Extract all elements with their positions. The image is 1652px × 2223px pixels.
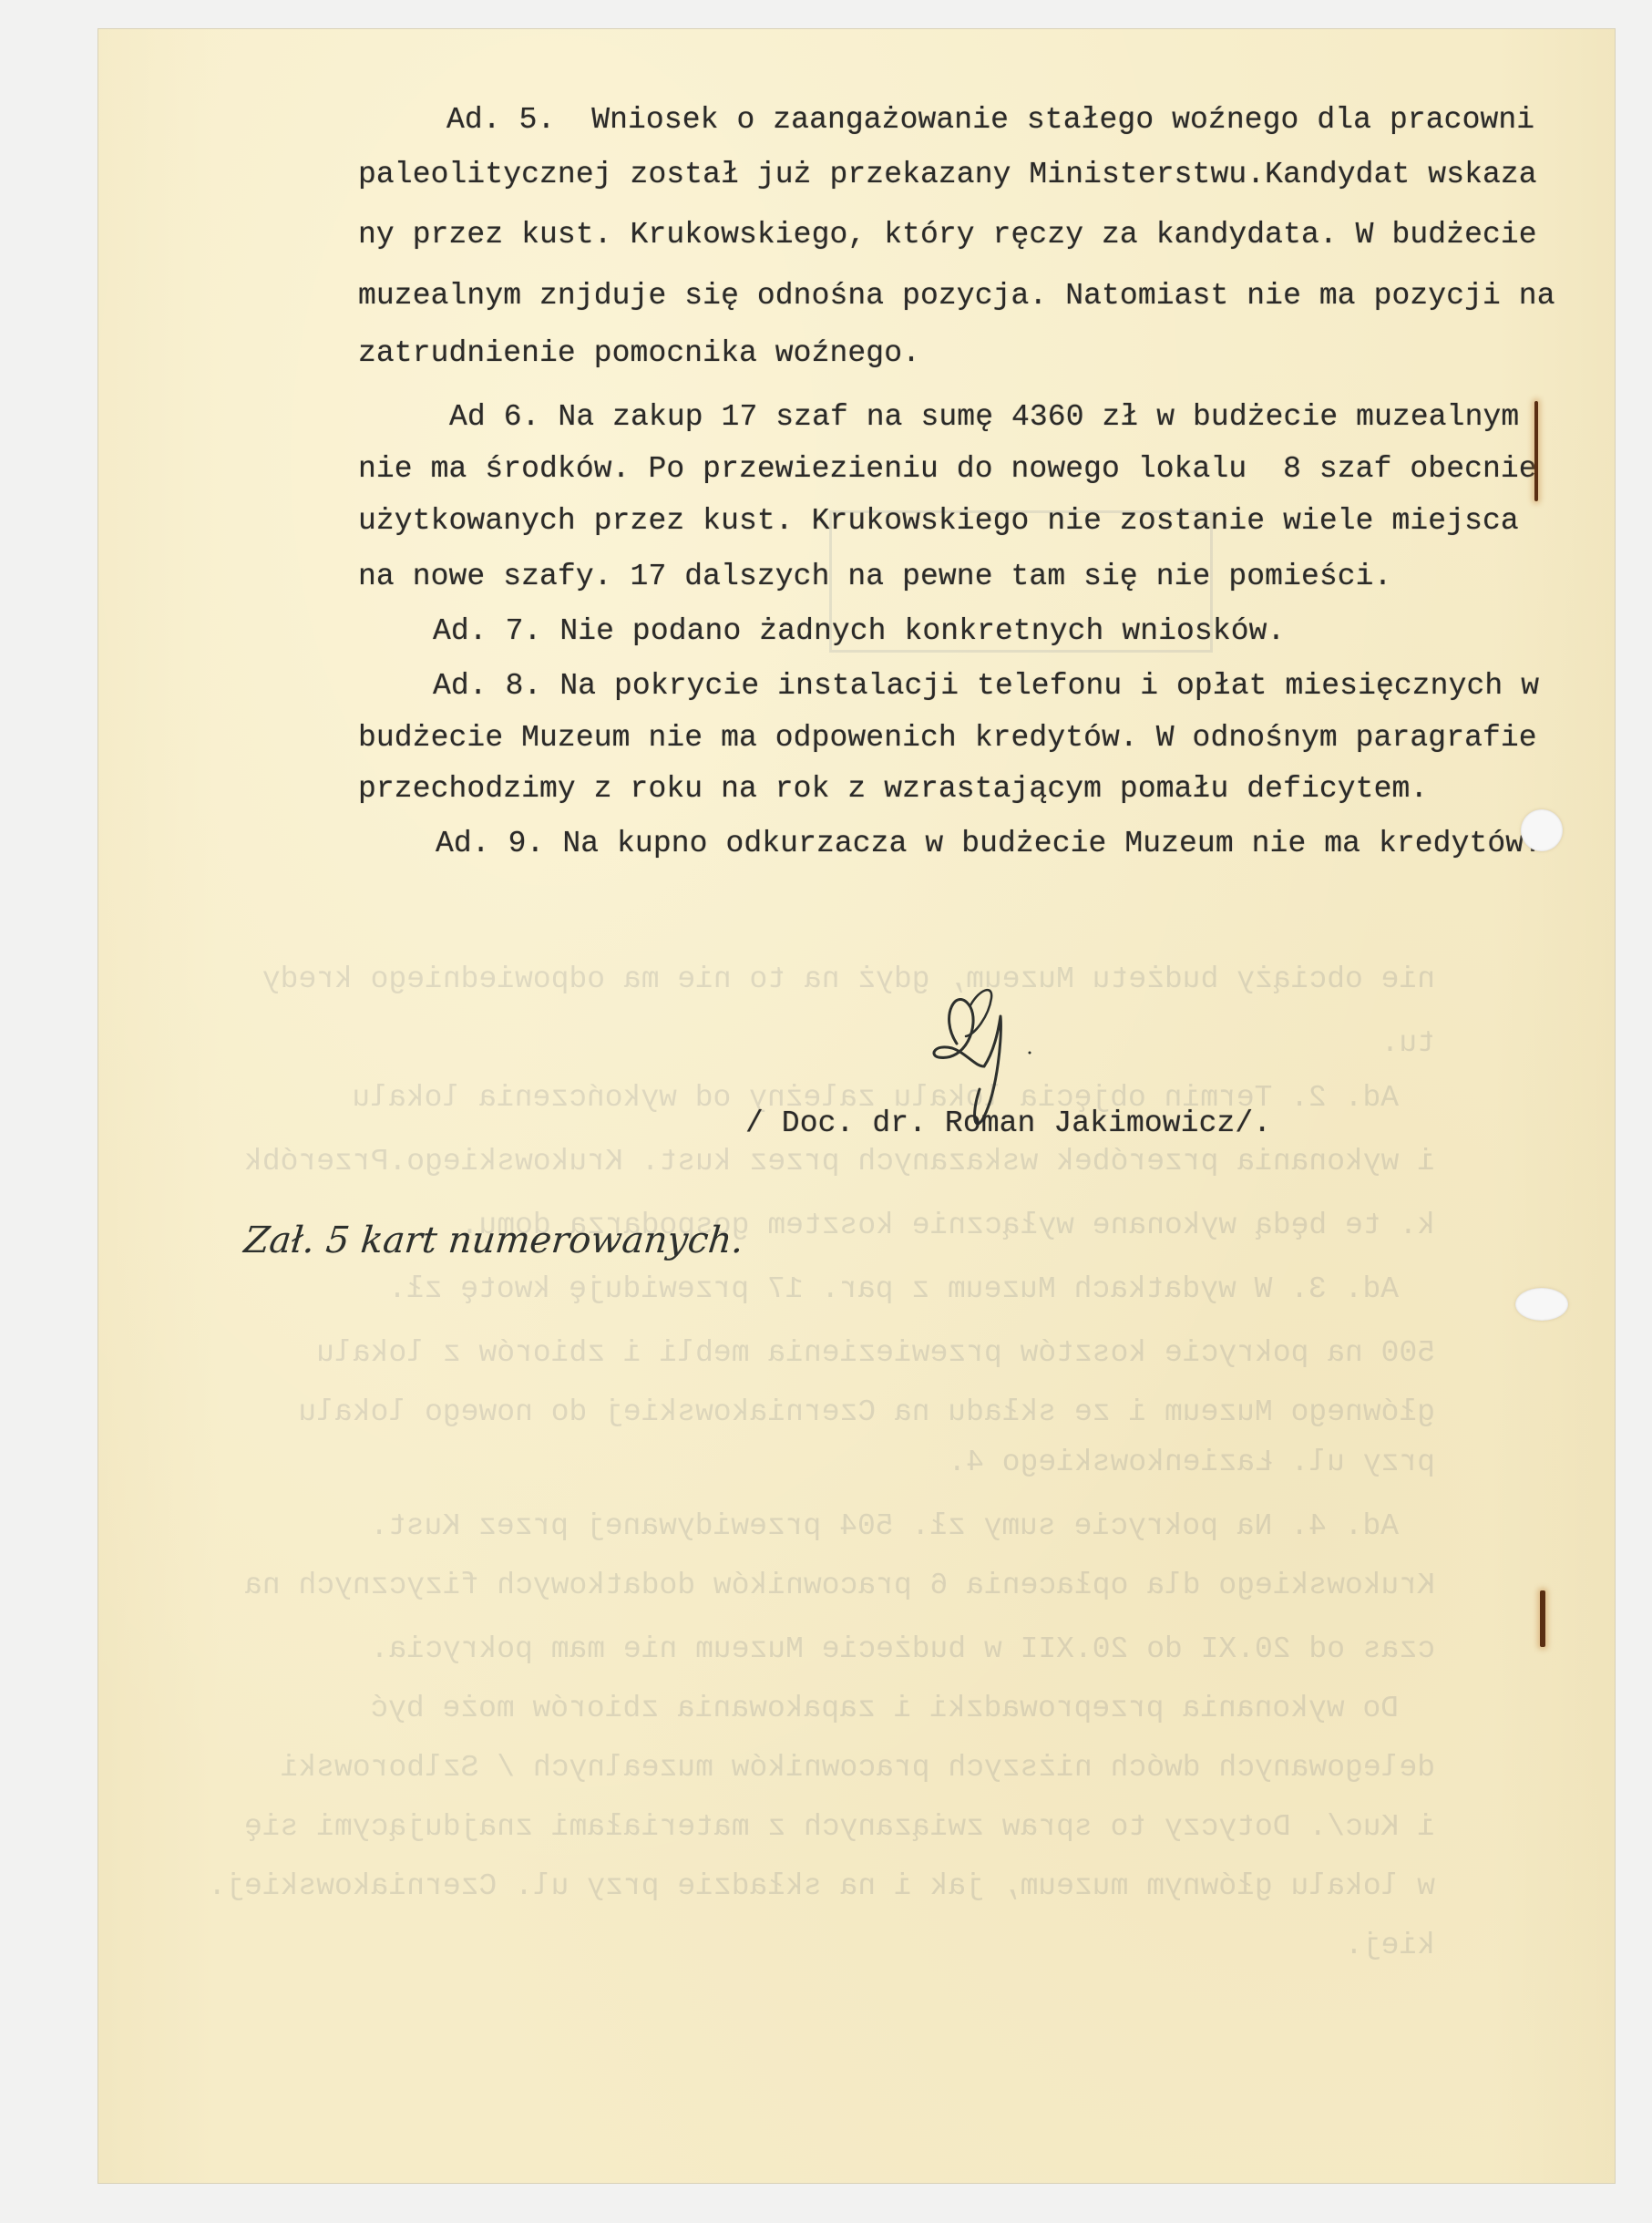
paragraph-ad8-line: Ad. 8. Na pokrycie instalacji telefonu i… — [433, 668, 1539, 705]
paragraph-ad7-line: Ad. 7. Nie podano żadnych konkretnych wn… — [433, 613, 1285, 650]
paragraph-ad6-line: na nowe szafy. 17 dalszych na pewne tam … — [358, 559, 1391, 595]
paragraph-ad5-line: paleolitycznej został już przekazany Min… — [358, 157, 1537, 193]
paragraph-ad5-line: muzealnym znjduje się odnośna pozycja. N… — [358, 278, 1555, 314]
verso-line: w lokalu głównym muzeum, jak i na składz… — [223, 1868, 1435, 1905]
verso-line: i wykonania przeróbek wskazanych przez k… — [223, 1144, 1435, 1180]
verso-line: kiej. — [223, 1928, 1435, 1964]
rust-staple-mark — [1540, 1590, 1545, 1647]
paragraph-ad9-line: Ad. 9. Na kupno odkurzacza w budżecie Mu… — [436, 826, 1542, 862]
handwritten-attachment-note: Zał. 5 kart numerowanych. — [242, 1220, 746, 1261]
paragraph-ad8-line: budżecie Muzeum nie ma odpowenich kredyt… — [358, 720, 1537, 756]
verso-line: delegowanych dwóch niższych pracowników … — [223, 1750, 1435, 1786]
verso-line: Krukowskiego dla opłacenia 6 pracowników… — [223, 1568, 1435, 1604]
paragraph-ad6-line: nie ma środków. Po przewiezieniu do nowe… — [358, 451, 1537, 488]
punch-hole — [1515, 1288, 1568, 1321]
verso-line: Do wykonania przeprowadzki i zapakowania… — [223, 1691, 1399, 1727]
verso-line: tu. — [223, 1025, 1435, 1062]
rust-staple-mark — [1534, 401, 1538, 501]
paragraph-ad5-line: ny przez kust. Krukowskiego, który ręczy… — [358, 217, 1537, 253]
paragraph-ad6-line: Ad 6. Na zakup 17 szaf na sumę 4360 zł w… — [449, 399, 1519, 436]
verso-line: i Kuc/. Dotyczy to spraw związanych z ma… — [223, 1809, 1435, 1846]
verso-line: 500 na pokrycie kosztów przewiezienia me… — [223, 1335, 1435, 1372]
verso-line: przy ul. Łazienkowskiego 4. — [223, 1445, 1435, 1481]
paragraph-ad5-line: Ad. 5. Wniosek o zaangażowanie stałego w… — [446, 102, 1534, 139]
paragraph-ad5-line: zatrudnienie pomocnika woźnego. — [358, 335, 920, 372]
verso-line: czas od 20.XI do 20.XII w budżecie Muzeu… — [223, 1631, 1435, 1668]
verso-line: głównego Muzeum i ze składu na Czerniako… — [223, 1395, 1435, 1431]
punch-hole — [1521, 809, 1563, 851]
verso-line: Ad. 3. W wydatkach Muzeum z par. 17 prze… — [223, 1271, 1399, 1308]
paragraph-ad8-line: przechodzimy z roku na rok z wzrastający… — [358, 771, 1428, 808]
verso-line: nie obciąży budżetu Muzeum, gdyż na to n… — [223, 962, 1435, 998]
typed-signature: / Doc. dr. Roman Jakimowicz/. — [745, 1106, 1271, 1142]
paragraph-ad6-line: użytkowanych przez kust. Krukowskiego ni… — [358, 503, 1519, 540]
verso-line: Ad. 4. Na pokrycie sumy zł. 504 przewidy… — [223, 1508, 1399, 1545]
